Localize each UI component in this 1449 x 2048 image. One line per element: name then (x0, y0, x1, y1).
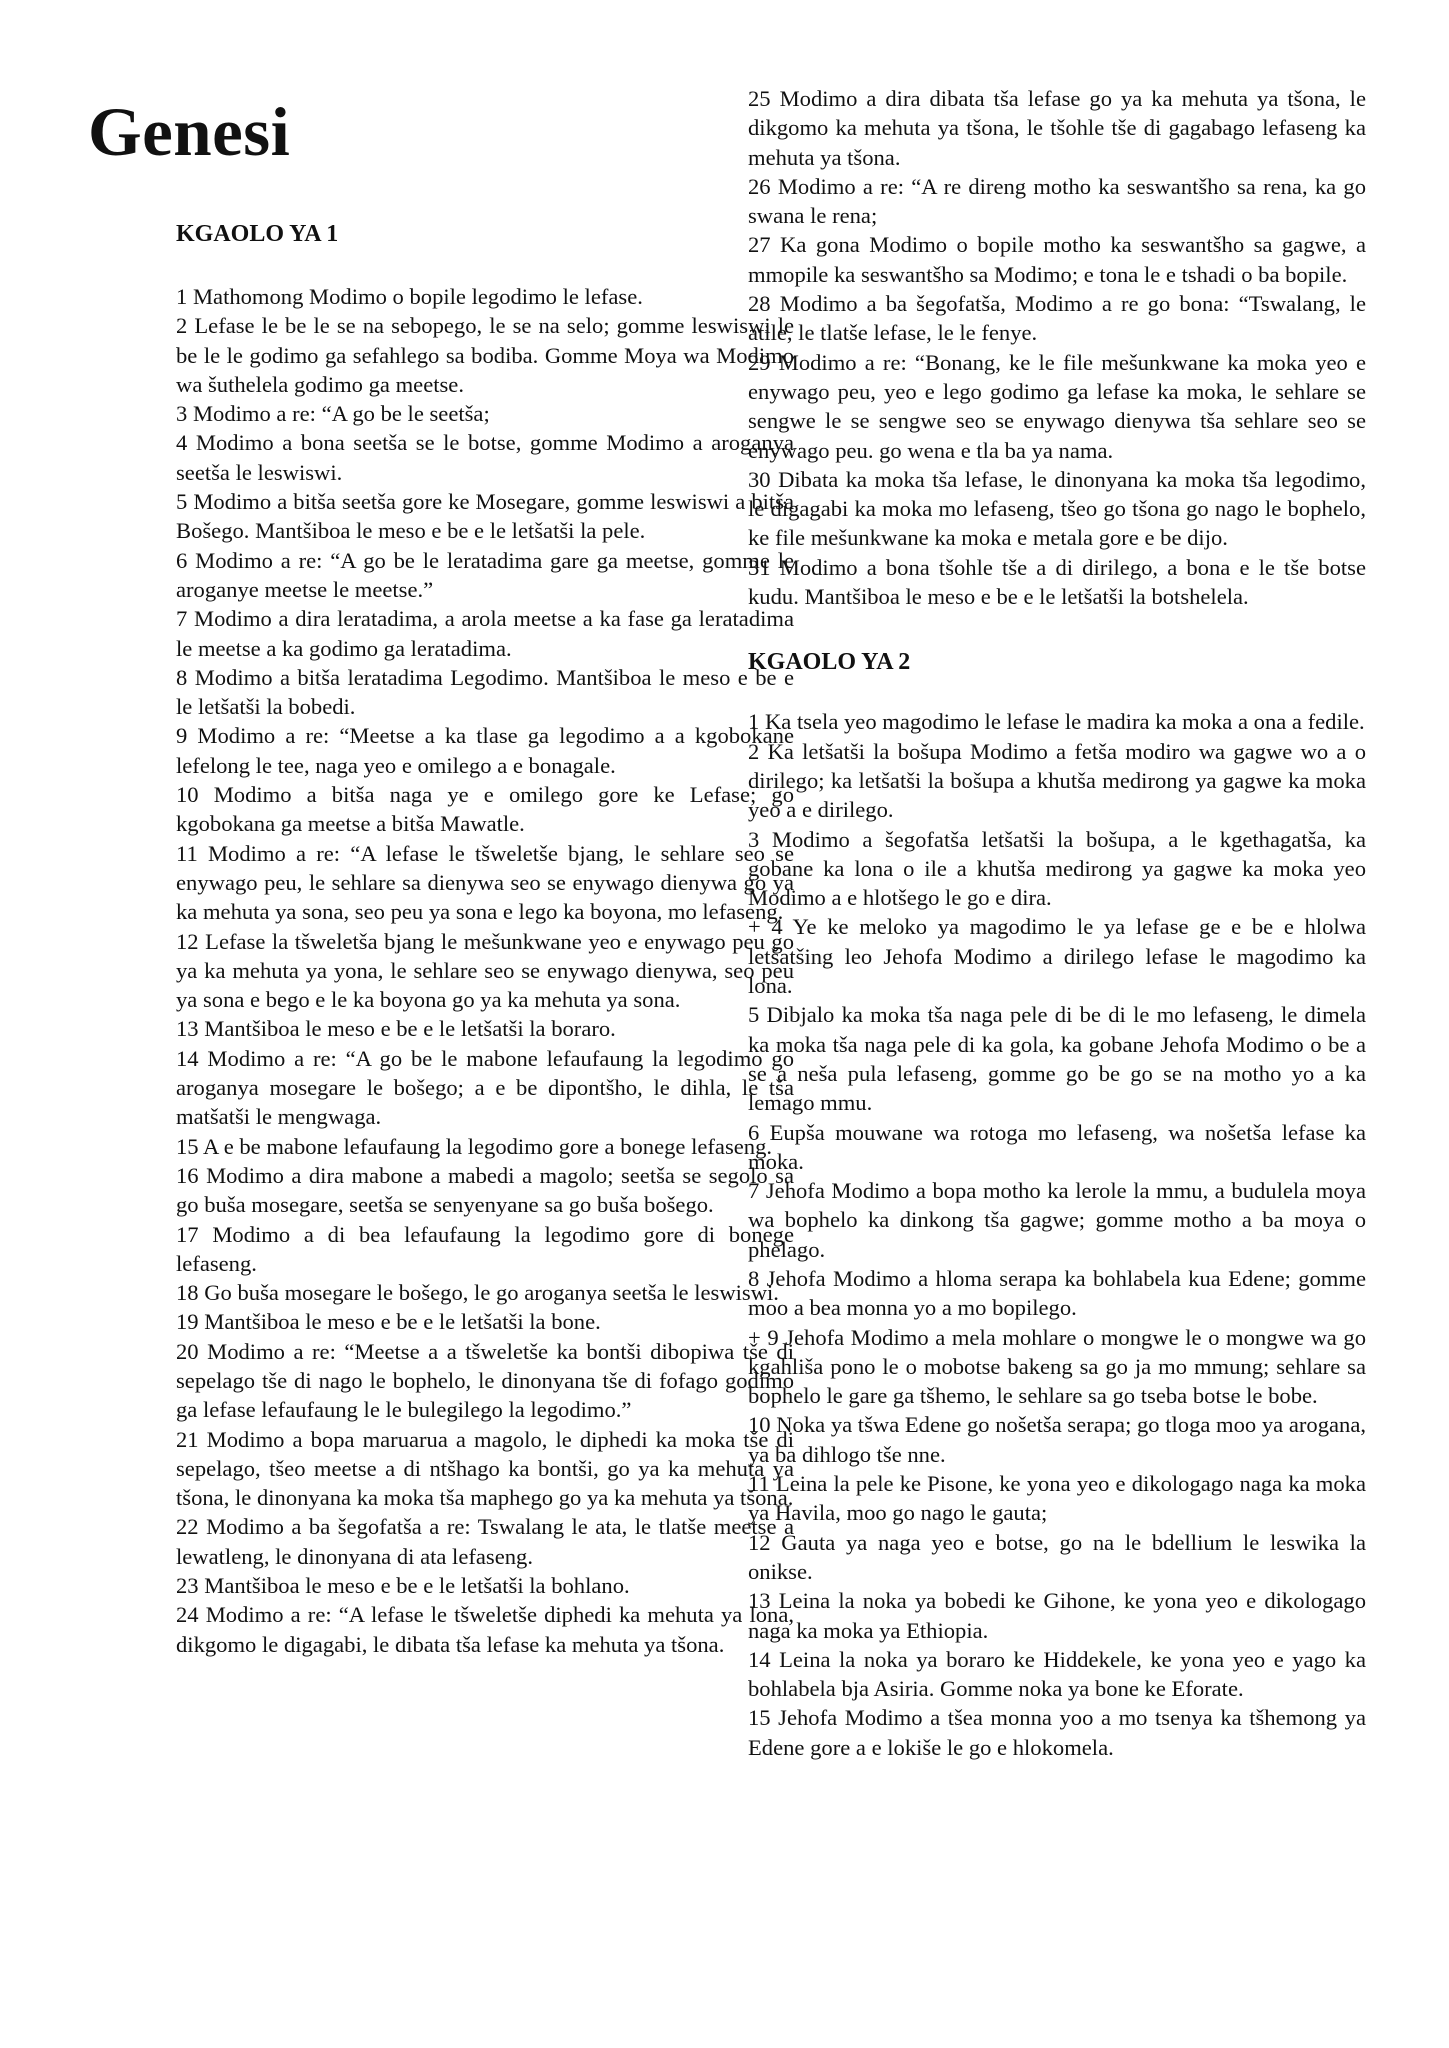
verse: 23 Mantšiboa le meso e be e le letšatši … (176, 1571, 794, 1600)
verse: 3 Modimo a šegofatša letšatši la bošupa,… (748, 825, 1366, 913)
verse: 7 Jehofa Modimo a bopa motho ka lerole l… (748, 1176, 1366, 1264)
verse: 24 Modimo a re: “A lefase le tšweletše d… (176, 1600, 794, 1659)
verse: 15 A e be mabone lefaufaung la legodimo … (176, 1132, 794, 1161)
verse: 12 Gauta ya naga yeo e botse, go na le b… (748, 1528, 1366, 1587)
verse: 4 Modimo a bona seetša se le botse, gomm… (176, 428, 794, 487)
verse: 10 Modimo a bitša naga ye e omilego gore… (176, 780, 794, 839)
verse: 5 Dibjalo ka moka tša naga pele di be di… (748, 1000, 1366, 1117)
verse: 18 Go buša mosegare le bošego, le go aro… (176, 1278, 794, 1307)
verse: 15 Jehofa Modimo a tšea monna yoo a mo t… (748, 1703, 1366, 1762)
verse: 2 Ka letšatši la bošupa Modimo a fetša m… (748, 737, 1366, 825)
verse: 28 Modimo a ba šegofatša, Modimo a re go… (748, 289, 1366, 348)
verse: 6 Modimo a re: “A go be le leratadima ga… (176, 546, 794, 605)
verse: 27 Ka gona Modimo o bopile motho ka sesw… (748, 230, 1366, 289)
verse: 25 Modimo a dira dibata tša lefase go ya… (748, 84, 1366, 172)
verse: 1 Mathomong Modimo o bopile legodimo le … (176, 282, 794, 311)
verse: 26 Modimo a re: “A re direng motho ka se… (748, 172, 1366, 231)
verse: 3 Modimo a re: “A go be le seetša; (176, 399, 794, 428)
verse: + 9 Jehofa Modimo a mela mohlare o mongw… (748, 1323, 1366, 1411)
verse: 5 Modimo a bitša seetša gore ke Mosegare… (176, 487, 794, 546)
verse: 10 Noka ya tšwa Edene go nošetša serapa;… (748, 1410, 1366, 1469)
verse: 12 Lefase la tšweletša bjang le mešunkwa… (176, 927, 794, 1015)
verse: 31 Modimo a bona tšohle tše a di dirileg… (748, 553, 1366, 612)
verse: 8 Jehofa Modimo a hloma serapa ka bohlab… (748, 1264, 1366, 1323)
verse: 2 Lefase le be le se na sebopego, le se … (176, 311, 794, 399)
chapter-heading-1: KGAOLO YA 1 (176, 220, 338, 249)
verse: 1 Ka tsela yeo magodimo le lefase le mad… (748, 707, 1366, 736)
right-column: 25 Modimo a dira dibata tša lefase go ya… (748, 84, 1366, 1762)
chapter-1-verses-part-1: 1 Mathomong Modimo o bopile legodimo le … (176, 282, 794, 1659)
verse: 9 Modimo a re: “Meetse a ka tlase ga leg… (176, 721, 794, 780)
verse: 6 Eupša mouwane wa rotoga mo lefaseng, w… (748, 1118, 1366, 1177)
verse: 8 Modimo a bitša leratadima Legodimo. Ma… (176, 663, 794, 722)
verse: 7 Modimo a dira leratadima, a arola meet… (176, 604, 794, 663)
verse: 13 Leina la noka ya bobedi ke Gihone, ke… (748, 1586, 1366, 1645)
verse: 11 Leina la pele ke Pisone, ke yona yeo … (748, 1469, 1366, 1528)
chapter-heading-2: KGAOLO YA 2 (748, 648, 1366, 677)
verse: 14 Leina la noka ya boraro ke Hiddekele,… (748, 1645, 1366, 1704)
page-title: Genesi (88, 98, 290, 167)
verse: 20 Modimo a re: “Meetse a a tšweletše ka… (176, 1337, 794, 1425)
verse: 11 Modimo a re: “A lefase le tšweletše b… (176, 839, 794, 927)
verse: 30 Dibata ka moka tša lefase, le dinonya… (748, 465, 1366, 553)
verse: 17 Modimo a di bea lefaufaung la legodim… (176, 1220, 794, 1279)
verse: 13 Mantšiboa le meso e be e le letšatši … (176, 1014, 794, 1043)
verse: 29 Modimo a re: “Bonang, ke le file mešu… (748, 348, 1366, 465)
verse: 22 Modimo a ba šegofatša a re: Tswalang … (176, 1512, 794, 1571)
verse: 19 Mantšiboa le meso e be e le letšatši … (176, 1307, 794, 1336)
verse: + 4 Ye ke meloko ya magodimo le ya lefas… (748, 912, 1366, 1000)
verse: 16 Modimo a dira mabone a mabedi a magol… (176, 1161, 794, 1220)
verse: 21 Modimo a bopa maruarua a magolo, le d… (176, 1425, 794, 1513)
verse: 14 Modimo a re: “A go be le mabone lefau… (176, 1044, 794, 1132)
